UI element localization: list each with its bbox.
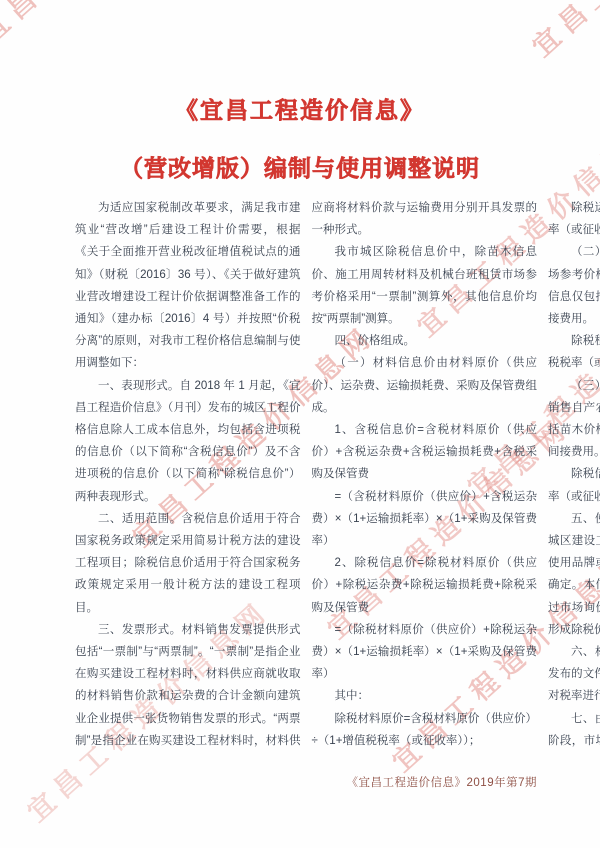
body-columns: 为适应国家税制改革要求，满足我市建筑业“营改增”后建设工程计价需要，根据《关于全… [75,197,537,769]
paragraph: 五、使用说明。本信息价发布的是我市城区建设工程使用较为广泛的材料，如实际使用品牌… [548,508,600,641]
paragraph: 二、适用范围。含税信息价适用于符合国家税务政策规定采用简易计税方法的建设工程项目… [75,508,301,619]
footer-issue-label: 《宜昌工程造价信息》2019年第7期 [347,774,537,790]
watermark-text: 宜昌工程造价信息网 [0,0,231,50]
paragraph: 四、价格组成。 [312,330,538,352]
paragraph: 除税信息价=含税信息价÷（1+增值税税率（或征收率）） [548,463,600,507]
page-title: 《宜昌工程造价信息》 [0,92,600,125]
paragraph: （三）苗木市场价格信息按农业生产者销售自产农产品的方式考虑。价格信息仅包括苗木价… [548,375,600,464]
paragraph: 一、表现形式。自 2018 年 1 月起，《宜昌工程造价信息》（月刊）发布的城区… [75,375,301,508]
document-page: 宜昌工程造价信息网 宜昌工程造价信息网 宜昌工程造价信息网 宜昌工程造价信息网 … [0,0,600,848]
paragraph: 2、除税信息价=除税材料原价（供应价）+除税运杂费+除税运输损耗费+除税采购及保… [312,552,538,619]
paragraph: 我市城区除税信息价中，除苗木信息价、施工用周转材料及机械台班租赁市场参考价格采用… [312,241,538,330]
page-subtitle: （营改增版）编制与使用调整说明 [0,150,600,183]
paragraph: 为适应国家税制改革要求，满足我市建筑业“营改增”后建设工程计价需要，根据《关于全… [75,197,301,375]
paragraph: 除税运杂费=含税运杂费÷（1+增值税税率（或征收率））。 [548,197,600,241]
paragraph: （一）材料信息价由材料原价（供应价）、运杂费、运输损耗费、采购及保管费组成。 [312,352,538,419]
watermark-text: 宜昌工程造价信息网 [522,0,600,64]
paragraph: =（除税材料原价（供应价）+除税运杂费）×（1+运输损耗率）×（1+采购及保管费… [312,619,538,686]
paragraph: 除税材料原价=含税材料原价（供应价）÷（1+增值税税率（或征收率））； [312,708,538,752]
paragraph: 除税租赁价格=含税租赁价格÷（1+增值税税率（或征收率）） [548,330,600,374]
paragraph: =（含税材料原价（供应价）+含税运杂费）×（1+运输损耗率）×（1+采购及保管费… [312,486,538,553]
paragraph: （二）施工用周转材、机械台班租赁市场参考价格按有形动产租赁服务考虑。价格信息仅包… [548,241,600,330]
paragraph: 六、材料增值税税率依照财税部门当前发布的文件执行（见附件），今后如财税部门对税率… [548,641,600,708]
paragraph: 其中： [312,685,538,707]
paragraph: 1、含税信息价=含税材料原价（供应价）+含税运杂费+含税运输损耗费+含税采购及保… [312,419,538,486]
